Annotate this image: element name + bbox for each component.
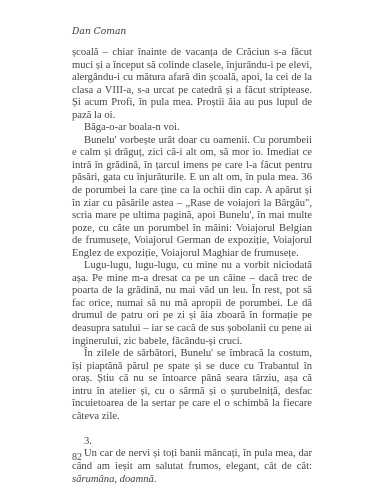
- paragraph: Băga-o-ar boala-n voi.: [72, 122, 312, 135]
- page-number: 82: [72, 452, 82, 463]
- italic-phrase: sărumâna, doamnă: [72, 474, 154, 485]
- paragraph: Bunelu' vorbește urât doar cu oamenii. C…: [72, 135, 312, 260]
- section-number: 3.: [72, 436, 312, 449]
- paragraph: Lugu-lugu, lugu-lugu, cu mine nu a vorbi…: [72, 260, 312, 348]
- paragraph-text: Un car de nervi și toți banii mâncați, î…: [72, 448, 312, 472]
- paragraph-end: .: [154, 474, 157, 485]
- paragraph: Un car de nervi și toți banii mâncați, î…: [72, 448, 312, 486]
- paragraph: școală – chiar înainte de vacanța de Cră…: [72, 47, 312, 122]
- body-text: școală – chiar înainte de vacanța de Cră…: [72, 47, 312, 486]
- running-head-author: Dan Coman: [72, 26, 126, 37]
- book-page: Dan Coman școală – chiar înainte de vaca…: [0, 0, 381, 492]
- paragraph: În zilele de sărbători, Bunelu' se îmbra…: [72, 348, 312, 423]
